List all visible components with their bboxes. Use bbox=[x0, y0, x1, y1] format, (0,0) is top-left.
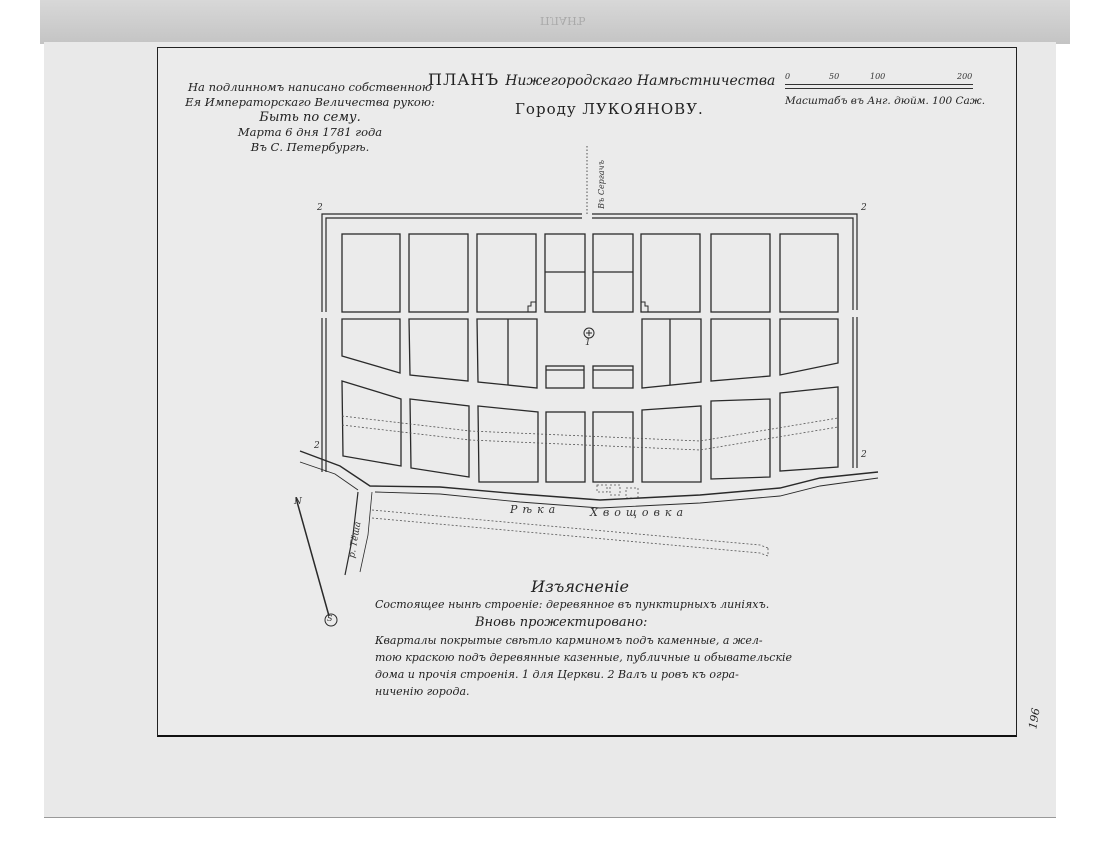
map-legend: Изъясненіе Состоящее нынѣ строеніе: дере… bbox=[375, 577, 825, 700]
legend-body-line: Кварталы покрытые свѣтло карминомъ подъ … bbox=[375, 632, 825, 649]
rampart-marker-sw: 2 bbox=[314, 441, 320, 451]
legend-heading: Изъясненіе bbox=[335, 577, 825, 596]
river-label-khvoshchovka: Хвощовка bbox=[590, 506, 688, 519]
compass-needle bbox=[296, 498, 337, 626]
legend-body: Кварталы покрытые свѣтло карминомъ подъ … bbox=[375, 632, 825, 700]
legend-existing: Состоящее нынѣ строеніе: деревянное въ п… bbox=[375, 598, 825, 611]
river-label-reka: Рѣка bbox=[510, 503, 560, 516]
town-plan-drawing bbox=[0, 0, 1100, 851]
compass-south-label: S bbox=[327, 614, 332, 623]
rampart-marker-ne: 2 bbox=[861, 203, 867, 213]
legend-body-line: ниченію города. bbox=[375, 683, 825, 700]
legend-body-line: тою краскою подъ деревянные казенные, пу… bbox=[375, 649, 825, 666]
church-symbol bbox=[584, 328, 594, 338]
road-label-sergach: Въ Сергачъ bbox=[597, 160, 606, 209]
blocks-row-1 bbox=[342, 234, 838, 312]
river-khvoshchovka bbox=[300, 451, 878, 508]
compass-north-label: N bbox=[294, 497, 302, 507]
church-marker: 1 bbox=[585, 338, 591, 348]
legend-body-line: дома и прочія строенія. 1 для Церкви. 2 … bbox=[375, 666, 825, 683]
legend-projected-heading: Вновь прожектировано: bbox=[475, 615, 825, 630]
blocks-row-2 bbox=[342, 319, 838, 388]
blocks-row-3 bbox=[342, 381, 838, 482]
rampart-marker-nw: 2 bbox=[317, 203, 323, 213]
rampart-marker-se: 2 bbox=[861, 450, 867, 460]
